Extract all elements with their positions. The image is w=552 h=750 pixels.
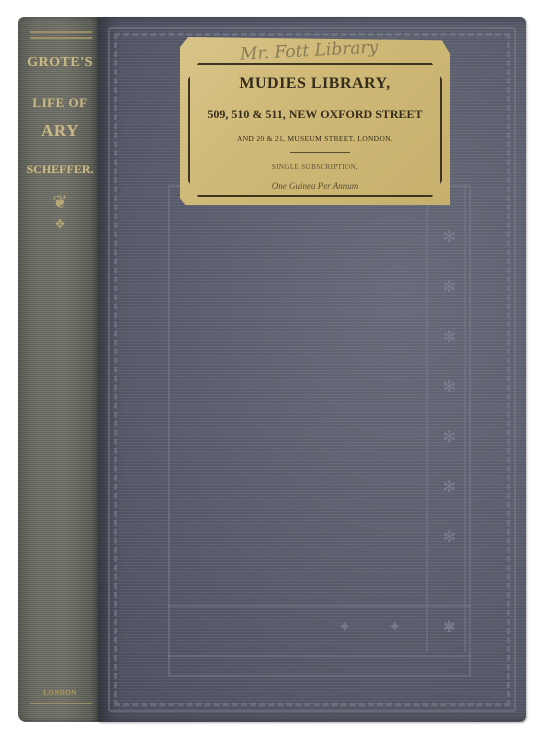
flower-emboss-icon: ✻ bbox=[443, 327, 456, 347]
spine-rule bbox=[30, 31, 92, 33]
flower-emboss-icon: ✦ bbox=[388, 617, 401, 637]
flower-emboss-icon: ✻ bbox=[443, 477, 456, 497]
flower-emboss-icon: ✻ bbox=[443, 427, 456, 447]
library-label: Mr. Fott Library MUDIES LIBRARY, 509, 51… bbox=[180, 37, 450, 205]
spine-title-line: LIFE OF bbox=[18, 95, 102, 111]
flower-emboss-icon: ✻ bbox=[443, 527, 456, 547]
spine-ornament-icon: ✥ bbox=[32, 211, 88, 237]
spine-title-line: SCHEFFER. bbox=[18, 162, 102, 177]
cover-bottom-band bbox=[168, 605, 471, 657]
spine-rule bbox=[30, 703, 92, 704]
label-divider bbox=[290, 152, 350, 153]
spine-title-line: GROTE'S bbox=[18, 55, 102, 71]
label-address-secondary: AND 20 & 21, MUSEUM STREET, LONDON. bbox=[180, 134, 450, 143]
book-spine: GROTE'S LIFE OF ARY SCHEFFER. ❦ ✥ LONDON bbox=[18, 17, 102, 722]
cover-right-band bbox=[426, 185, 466, 652]
flower-emboss-icon: ✻ bbox=[443, 277, 456, 297]
label-handwriting: Mr. Fott Library bbox=[240, 37, 379, 64]
book: GROTE'S LIFE OF ARY SCHEFFER. ❦ ✥ LONDON… bbox=[14, 15, 534, 728]
flower-emboss-icon: ✦ bbox=[338, 617, 351, 637]
flower-emboss-icon: ✱ bbox=[443, 617, 456, 637]
spine-rule bbox=[30, 37, 92, 39]
spine-footer: LONDON bbox=[18, 689, 102, 697]
flower-emboss-icon: ✻ bbox=[443, 377, 456, 397]
label-subscription: SINGLE SUBSCRIPTION, bbox=[180, 163, 450, 171]
flower-emboss-icon: ✻ bbox=[443, 227, 456, 247]
spine-title-line: ARY bbox=[18, 121, 102, 141]
label-address: 509, 510 & 511, NEW OXFORD STREET bbox=[180, 107, 450, 122]
label-price: One Guinea Per Annum bbox=[180, 181, 450, 191]
label-title: MUDIES LIBRARY, bbox=[180, 75, 450, 93]
